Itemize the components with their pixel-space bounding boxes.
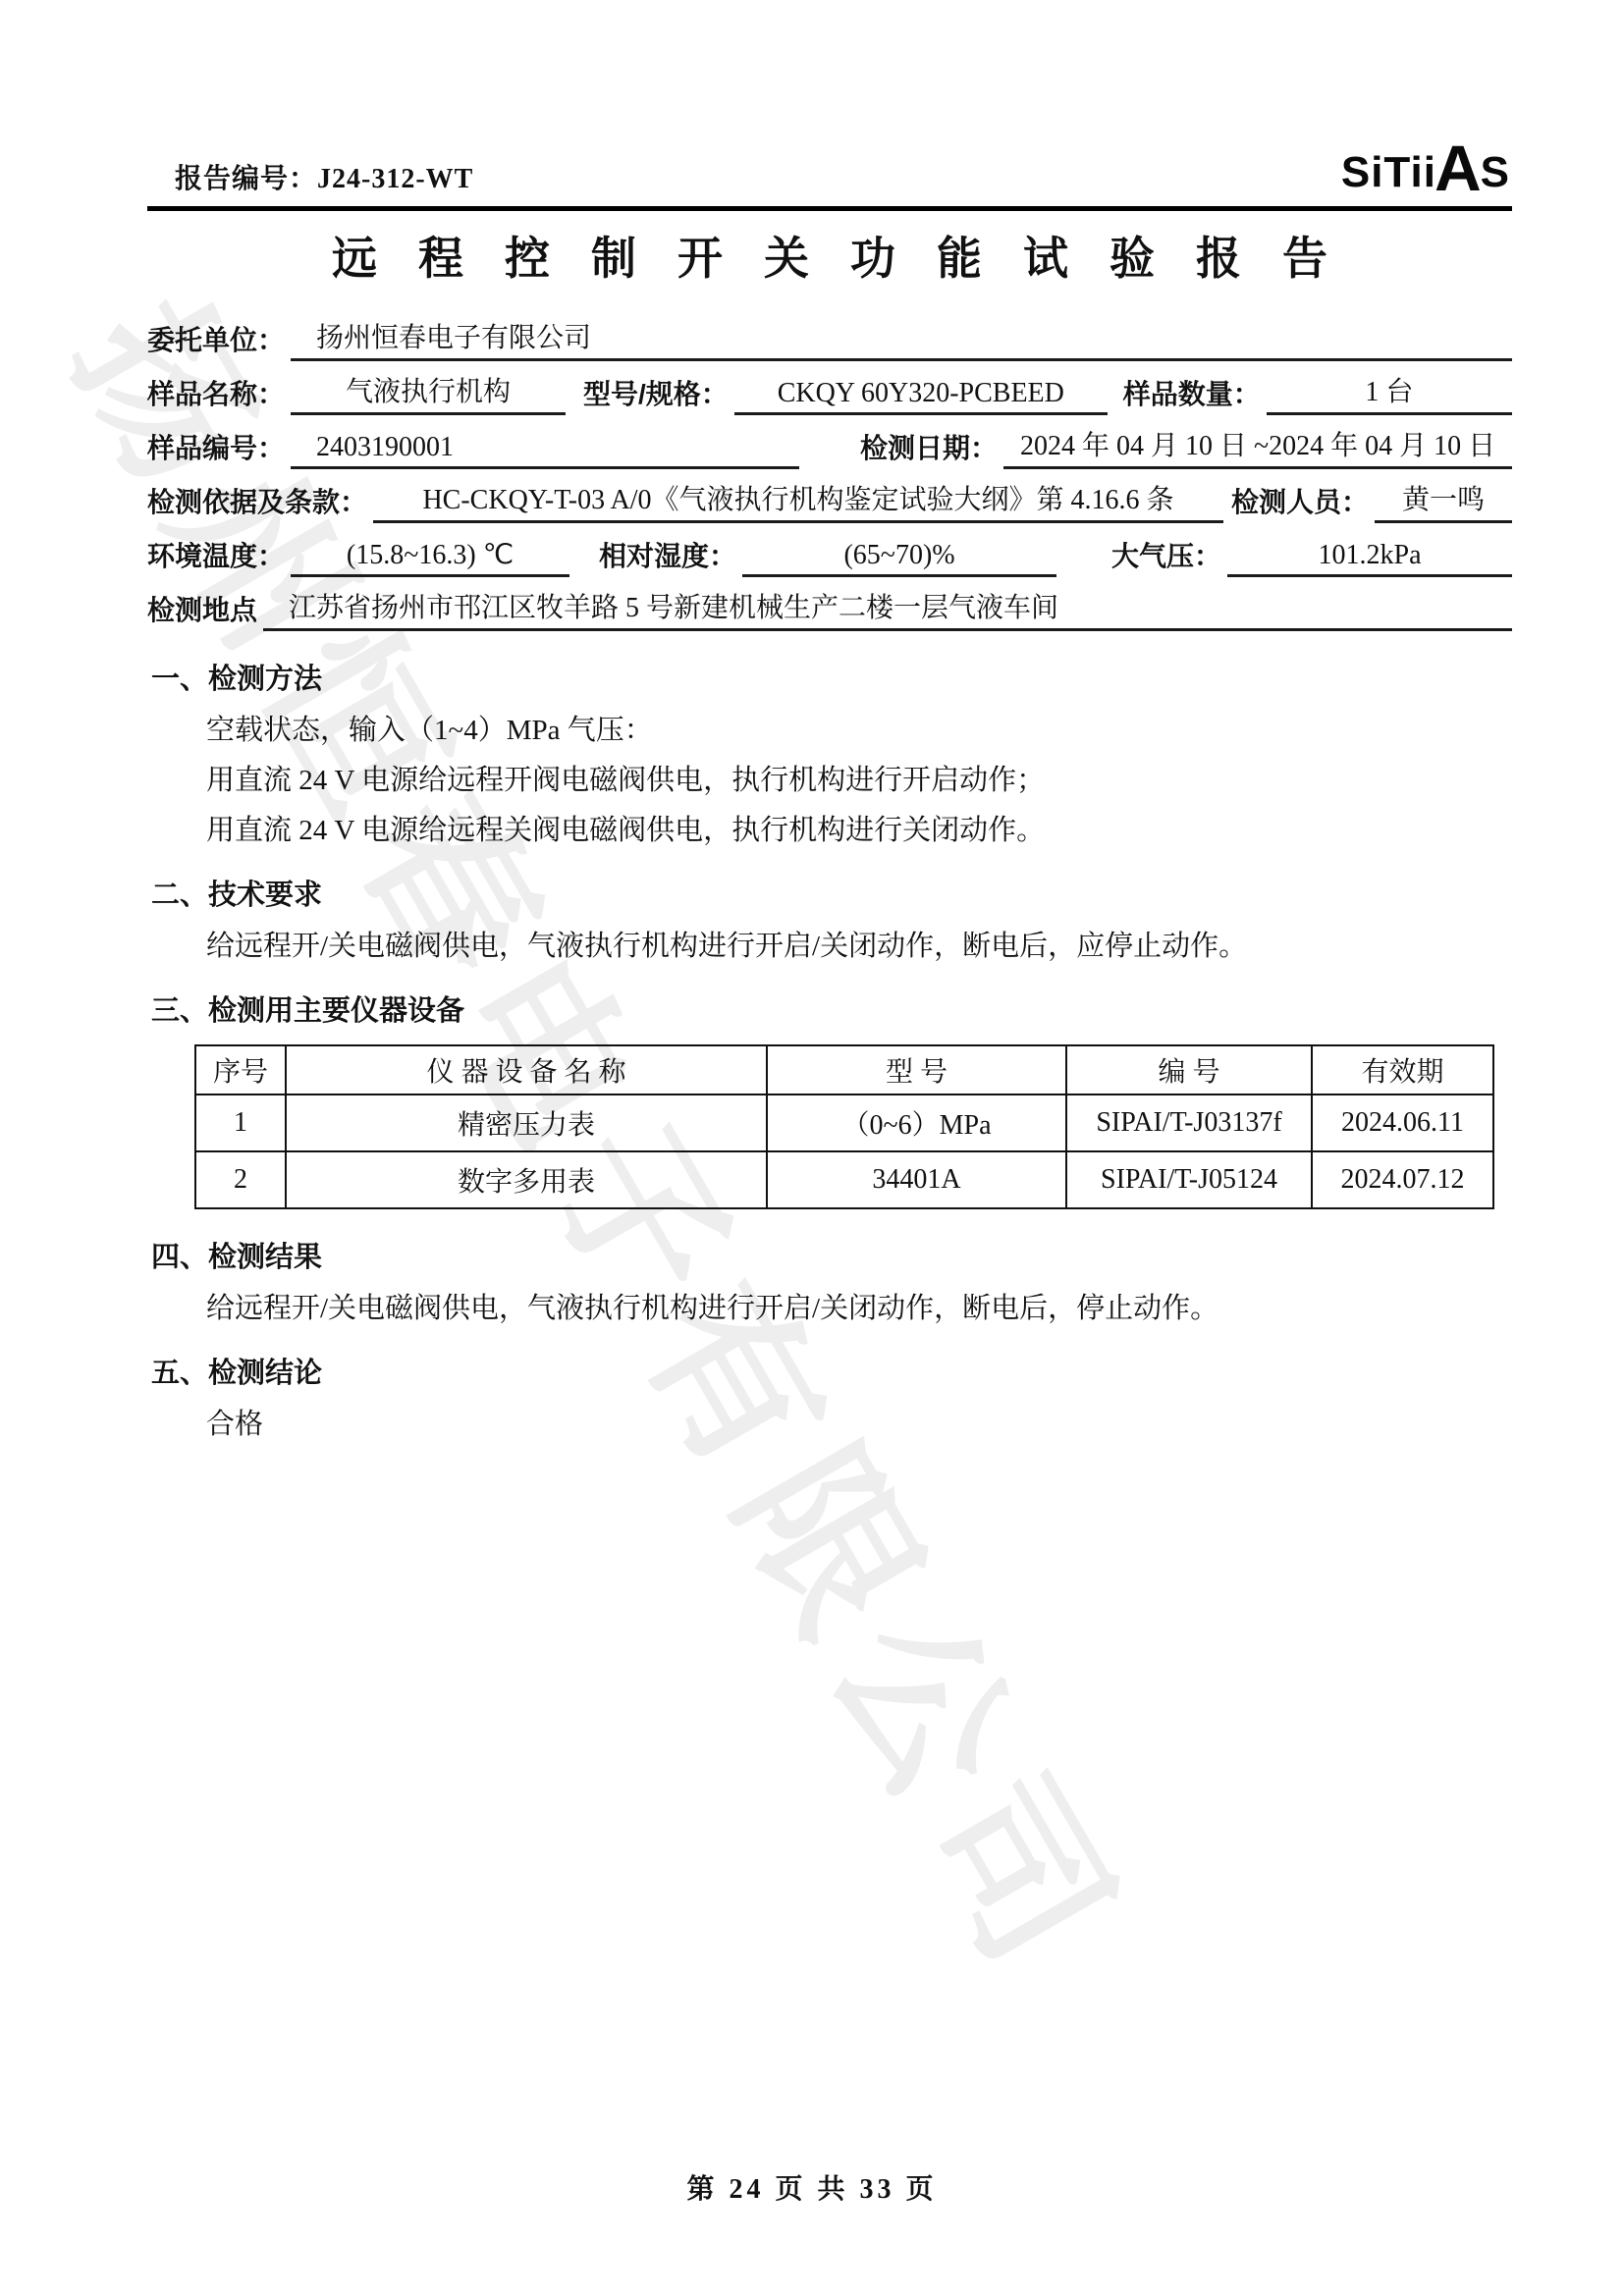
sample-name-label: 样品名称：	[147, 373, 291, 415]
report-header: 报告编号：J24-312-WT SiTii A S	[147, 126, 1512, 196]
quantity-value: 1 台	[1267, 370, 1512, 415]
conclusion-line: 合格	[206, 1408, 1512, 1441]
location-value: 江苏省扬州市邗江区牧羊路 5 号新建机械生产二楼一层气液车间	[263, 586, 1512, 631]
field-row-location: 检测地点 江苏省扬州市邗江区牧羊路 5 号新建机械生产二楼一层气液车间	[147, 577, 1512, 631]
section-tech-title: 二、技术要求	[151, 873, 1512, 913]
table-row: 2 数字多用表 34401A SIPAI/T-J05124 2024.07.12	[195, 1151, 1493, 1208]
sitiias-logo: SiTii A S	[1341, 141, 1510, 194]
report-page: 扬州恒春电子有限公司 报告编号：J24-312-WT SiTii A S 远程控…	[0, 0, 1624, 2296]
method-line-2: 用直流 24 V 电源给远程开阀电磁阀供电，执行机构进行开启动作；	[206, 764, 1512, 797]
col-header-name: 仪 器 设 备 名 称	[286, 1045, 767, 1095]
result-line: 给远程开/关电磁阀供电，气液执行机构进行开启/关闭动作，断电后，停止动作。	[206, 1292, 1512, 1325]
inspector-label: 检测人员：	[1231, 481, 1375, 523]
section-instrument-title: 三、检测用主要仪器设备	[151, 988, 1512, 1029]
cell-index: 1	[195, 1095, 286, 1151]
section-conclusion-title: 五、检测结论	[151, 1351, 1512, 1391]
humidity-label: 相对湿度：	[599, 535, 742, 577]
field-row-client: 委托单位： 扬州恒春电子有限公司	[147, 307, 1512, 361]
col-header-model: 型 号	[767, 1045, 1066, 1095]
field-block: 委托单位： 扬州恒春电子有限公司 样品名称： 气液执行机构 型号/规格： CKQ…	[147, 307, 1512, 631]
logo-text-pre: SiTii	[1341, 151, 1436, 194]
location-label: 检测地点	[147, 589, 263, 631]
logo-letter-a: A	[1435, 141, 1483, 194]
logo-text-post: S	[1481, 151, 1510, 194]
cell-serial: SIPAI/T-J05124	[1066, 1151, 1312, 1208]
basis-value: HC-CKQY-T-03 A/0《气液执行机构鉴定试验大纲》第 4.16.6 条	[373, 478, 1223, 523]
section-method-title: 一、检测方法	[151, 657, 1512, 697]
document-title: 远程控制开关功能试验报告	[147, 223, 1512, 288]
tech-line: 给远程开/关电磁阀供电，气液执行机构进行开启/关闭动作，断电后，应停止动作。	[206, 930, 1512, 963]
cell-name: 精密压力表	[286, 1095, 767, 1151]
col-header-serial: 编 号	[1066, 1045, 1312, 1095]
temp-value: (15.8~16.3) ℃	[291, 538, 569, 577]
cell-index: 2	[195, 1151, 286, 1208]
test-date-label: 检测日期：	[860, 427, 1003, 469]
cell-validity: 2024.07.12	[1312, 1151, 1493, 1208]
report-number-value: J24-312-WT	[317, 164, 473, 194]
test-date-value: 2024 年 04 月 10 日 ~2024 年 04 月 10 日	[1003, 424, 1512, 469]
report-content: 报告编号：J24-312-WT SiTii A S 远程控制开关功能试验报告 委…	[147, 126, 1512, 1441]
sample-no-value: 2403190001	[291, 432, 799, 469]
field-row-environment: 环境温度： (15.8~16.3) ℃ 相对湿度： (65~70)% 大气压： …	[147, 523, 1512, 577]
report-number: 报告编号：J24-312-WT	[175, 157, 473, 196]
cell-serial: SIPAI/T-J03137f	[1066, 1095, 1312, 1151]
col-header-index: 序号	[195, 1045, 286, 1095]
temp-label: 环境温度：	[147, 535, 291, 577]
model-label: 型号/规格：	[583, 373, 734, 415]
quantity-label: 样品数量：	[1123, 373, 1267, 415]
header-divider	[147, 206, 1512, 211]
humidity-value: (65~70)%	[742, 540, 1056, 577]
cell-model: 34401A	[767, 1151, 1066, 1208]
field-row-sample-no: 样品编号： 2403190001 检测日期： 2024 年 04 月 10 日 …	[147, 415, 1512, 469]
inspector-value: 黄一鸣	[1375, 478, 1512, 523]
instrument-table-header-row: 序号 仪 器 设 备 名 称 型 号 编 号 有效期	[195, 1045, 1493, 1095]
col-header-validity: 有效期	[1312, 1045, 1493, 1095]
method-line-3: 用直流 24 V 电源给远程关阀电磁阀供电，执行机构进行关闭动作。	[206, 814, 1512, 847]
page-footer: 第 24 页 共 33 页	[0, 2167, 1624, 2207]
model-value: CKQY 60Y320-PCBEED	[734, 378, 1108, 415]
field-row-sample: 样品名称： 气液执行机构 型号/规格： CKQY 60Y320-PCBEED 样…	[147, 361, 1512, 415]
table-row: 1 精密压力表 （0~6）MPa SIPAI/T-J03137f 2024.06…	[195, 1095, 1493, 1151]
client-value: 扬州恒春电子有限公司	[291, 316, 1512, 361]
report-number-label: 报告编号：	[175, 164, 317, 194]
client-label: 委托单位：	[147, 319, 291, 361]
pressure-value: 101.2kPa	[1227, 540, 1512, 577]
field-row-basis: 检测依据及条款： HC-CKQY-T-03 A/0《气液执行机构鉴定试验大纲》第…	[147, 469, 1512, 523]
method-line-1: 空载状态，输入（1~4）MPa 气压：	[206, 714, 1512, 747]
section-result-title: 四、检测结果	[151, 1235, 1512, 1275]
cell-name: 数字多用表	[286, 1151, 767, 1208]
sample-no-label: 样品编号：	[147, 427, 291, 469]
basis-label: 检测依据及条款：	[147, 481, 373, 523]
sample-name-value: 气液执行机构	[291, 370, 566, 415]
cell-model: （0~6）MPa	[767, 1095, 1066, 1151]
instrument-table: 序号 仪 器 设 备 名 称 型 号 编 号 有效期 1 精密压力表 （0~6）…	[194, 1044, 1494, 1209]
cell-validity: 2024.06.11	[1312, 1095, 1493, 1151]
pressure-label: 大气压：	[1111, 535, 1227, 577]
